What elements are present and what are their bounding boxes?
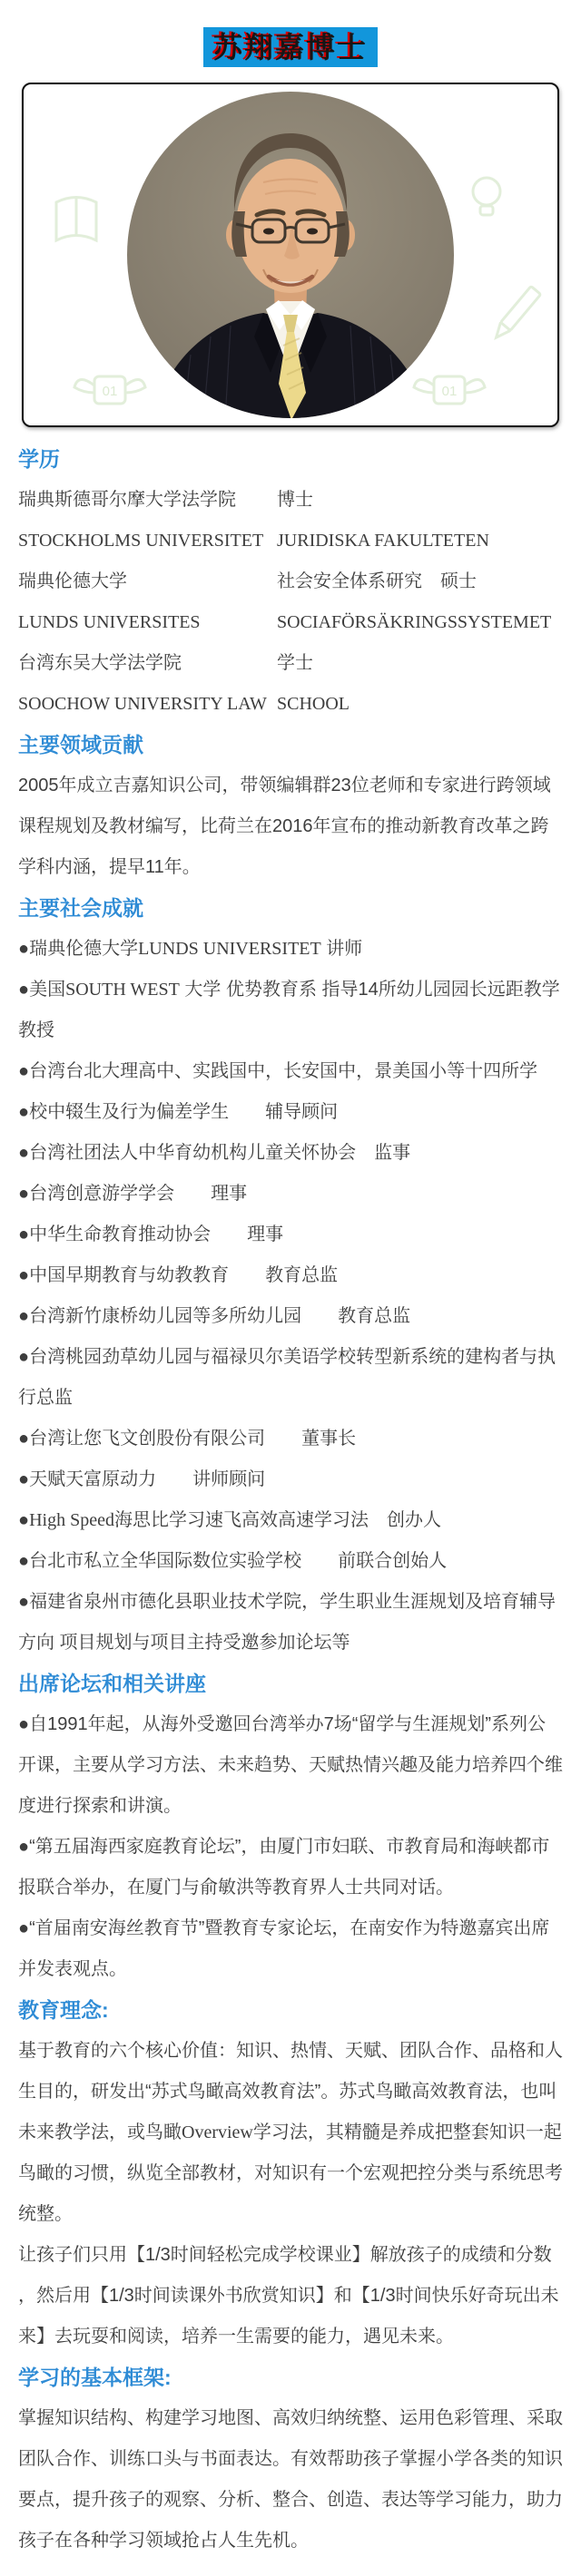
text-line: ●校中辍生及行为偏差学生 辅导顾问 bbox=[18, 1092, 563, 1133]
education-institution: 瑞典斯德哥尔摩大学法学院 bbox=[18, 480, 277, 521]
framework-paragraphs: 掌握知识结构、构建学习地图、高效归纳统整、运用色彩管理、采取团队合作、训练口头与… bbox=[18, 2398, 563, 2561]
profile-photo bbox=[127, 92, 454, 418]
forums-list: ●自1991年起，从海外受邀回台湾举办7场“留学与生涯规划”系列公开课，主要从学… bbox=[18, 1704, 563, 1990]
photo-card: 01 01 bbox=[22, 83, 559, 427]
badge-01-text: 01 bbox=[442, 384, 458, 399]
education-row: STOCKHOLMS UNIVERSITET JURIDISKA FAKULTE… bbox=[18, 521, 563, 561]
text-line: ●台湾创意游学学会 理事 bbox=[18, 1174, 563, 1215]
achievements-list: ●瑞典伦德大学LUNDS UNIVERSITET 讲师 ●美国SOUTH WES… bbox=[18, 929, 563, 1664]
article-body: 学历 瑞典斯德哥尔摩大学法学院 博士 STOCKHOLMS UNIVERSITE… bbox=[0, 439, 581, 2561]
education-row: LUNDS UNIVERSITES SOCIAFÖRSÄKRINGSSYSTEM… bbox=[18, 602, 563, 643]
education-degree: 学士 bbox=[277, 643, 563, 684]
education-degree: SCHOOL bbox=[277, 684, 563, 725]
text-line: ●自1991年起，从海外受邀回台湾举办7场“留学与生涯规划”系列公开课，主要从学… bbox=[18, 1704, 563, 1827]
philosophy-paragraphs: 基于教育的六个核心价值：知识、热情、天赋、团队合作、品格和人生目的，研发出“苏式… bbox=[18, 2031, 563, 2357]
page-title-row: 苏翔嘉博士 bbox=[0, 27, 581, 67]
text-line: ●台湾社团法人中华育幼机构儿童关怀协会 监事 bbox=[18, 1133, 563, 1174]
education-institution: SOOCHOW UNIVERSITY LAW bbox=[18, 684, 277, 725]
section-heading-contribution: 主要领域贡献 bbox=[18, 725, 563, 766]
education-institution: STOCKHOLMS UNIVERSITET bbox=[18, 521, 277, 561]
text-line: 掌握知识结构、构建学习地图、高效归纳统整、运用色彩管理、采取团队合作、训练口头与… bbox=[18, 2398, 563, 2561]
text-line: ●High Speed海思比学习速飞高效高速学习法 创办人 bbox=[18, 1500, 563, 1541]
text-line: ●台湾新竹康桥幼儿园等多所幼儿园 教育总监 bbox=[18, 1296, 563, 1337]
book-doodle bbox=[56, 197, 96, 240]
contribution-paragraphs: 2005年成立吉嘉知识公司，带领编辑群23位老师和专家进行跨领域课程规划及教材编… bbox=[18, 766, 563, 888]
text-line: 基于教育的六个核心价值：知识、热情、天赋、团队合作、品格和人生目的，研发出“苏式… bbox=[18, 2031, 563, 2235]
text-line: 2005年成立吉嘉知识公司，带领编辑群23位老师和专家进行跨领域课程规划及教材编… bbox=[18, 766, 563, 888]
education-table: 瑞典斯德哥尔摩大学法学院 博士 STOCKHOLMS UNIVERSITET J… bbox=[18, 480, 563, 725]
education-institution: LUNDS UNIVERSITES bbox=[18, 602, 277, 643]
text-line: ●中华生命教育推动协会 理事 bbox=[18, 1215, 563, 1255]
text-line: ●台北市私立全华国际数位实验学校 前联合创始人 bbox=[18, 1541, 563, 1582]
text-line: ●福建省泉州市德化县职业技术学院，学生职业生涯规划及培育辅导方向 项目规划与项目… bbox=[18, 1582, 563, 1664]
page-title: 苏翔嘉博士 bbox=[203, 27, 378, 67]
section-heading-education: 学历 bbox=[18, 439, 563, 480]
badge-01-text: 01 bbox=[103, 384, 118, 399]
section-heading-achievements: 主要社会成就 bbox=[18, 888, 563, 929]
text-line: ●瑞典伦德大学LUNDS UNIVERSITET 讲师 bbox=[18, 929, 563, 970]
education-degree: 社会安全体系研究 硕士 bbox=[277, 561, 563, 602]
education-degree: 博士 bbox=[277, 480, 563, 521]
education-row: 瑞典斯德哥尔摩大学法学院 博士 bbox=[18, 480, 563, 521]
education-institution: 瑞典伦德大学 bbox=[18, 561, 277, 602]
text-line: ●台湾让您飞文创股份有限公司 董事长 bbox=[18, 1419, 563, 1459]
portrait-illustration bbox=[127, 92, 454, 418]
section-heading-forums: 出席论坛和相关讲座 bbox=[18, 1664, 563, 1704]
text-line: ●天赋天富原动力 讲师顾问 bbox=[18, 1459, 563, 1500]
text-line: ●台湾桃园劲草幼儿园与福禄贝尔美语学校转型新系统的建构者与执行总监 bbox=[18, 1337, 563, 1419]
text-line: ●美国SOUTH WEST 大学 优势教育系 指导14所幼儿园园长远距教学教授 bbox=[18, 970, 563, 1051]
education-institution: 台湾东吴大学法学院 bbox=[18, 643, 277, 684]
section-heading-framework: 学习的基本框架: bbox=[18, 2357, 563, 2398]
profile-page: 苏翔嘉博士 bbox=[0, 27, 581, 2561]
text-line: 让孩子们只用【1/3时间轻松完成学校课业】解放孩子的成绩和分数，然后用【1/3时… bbox=[18, 2235, 563, 2357]
education-row: SOOCHOW UNIVERSITY LAW SCHOOL bbox=[18, 684, 563, 725]
pencil-doodle bbox=[491, 287, 540, 342]
lightbulb-doodle bbox=[473, 178, 500, 215]
education-row: 瑞典伦德大学 社会安全体系研究 硕士 bbox=[18, 561, 563, 602]
text-line: ●“首届南安海丝教育节”暨教育专家论坛，在南安作为特邀嘉宾出席并发表观点。 bbox=[18, 1908, 563, 1990]
text-line: ●中国早期教育与幼教教育 教育总监 bbox=[18, 1255, 563, 1296]
section-heading-philosophy: 教育理念: bbox=[18, 1990, 563, 2031]
education-degree: SOCIAFÖRSÄKRINGSSYSTEMET bbox=[277, 602, 563, 643]
text-line: ●“第五届海西家庭教育论坛”，由厦门市妇联、市教育局和海峡都市报联合举办，在厦门… bbox=[18, 1827, 563, 1908]
education-row: 台湾东吴大学法学院 学士 bbox=[18, 643, 563, 684]
education-degree: JURIDISKA FAKULTETEN bbox=[277, 521, 563, 561]
text-line: ●台湾台北大理高中、实践国中，长安国中，景美国小等十四所学 bbox=[18, 1051, 563, 1092]
